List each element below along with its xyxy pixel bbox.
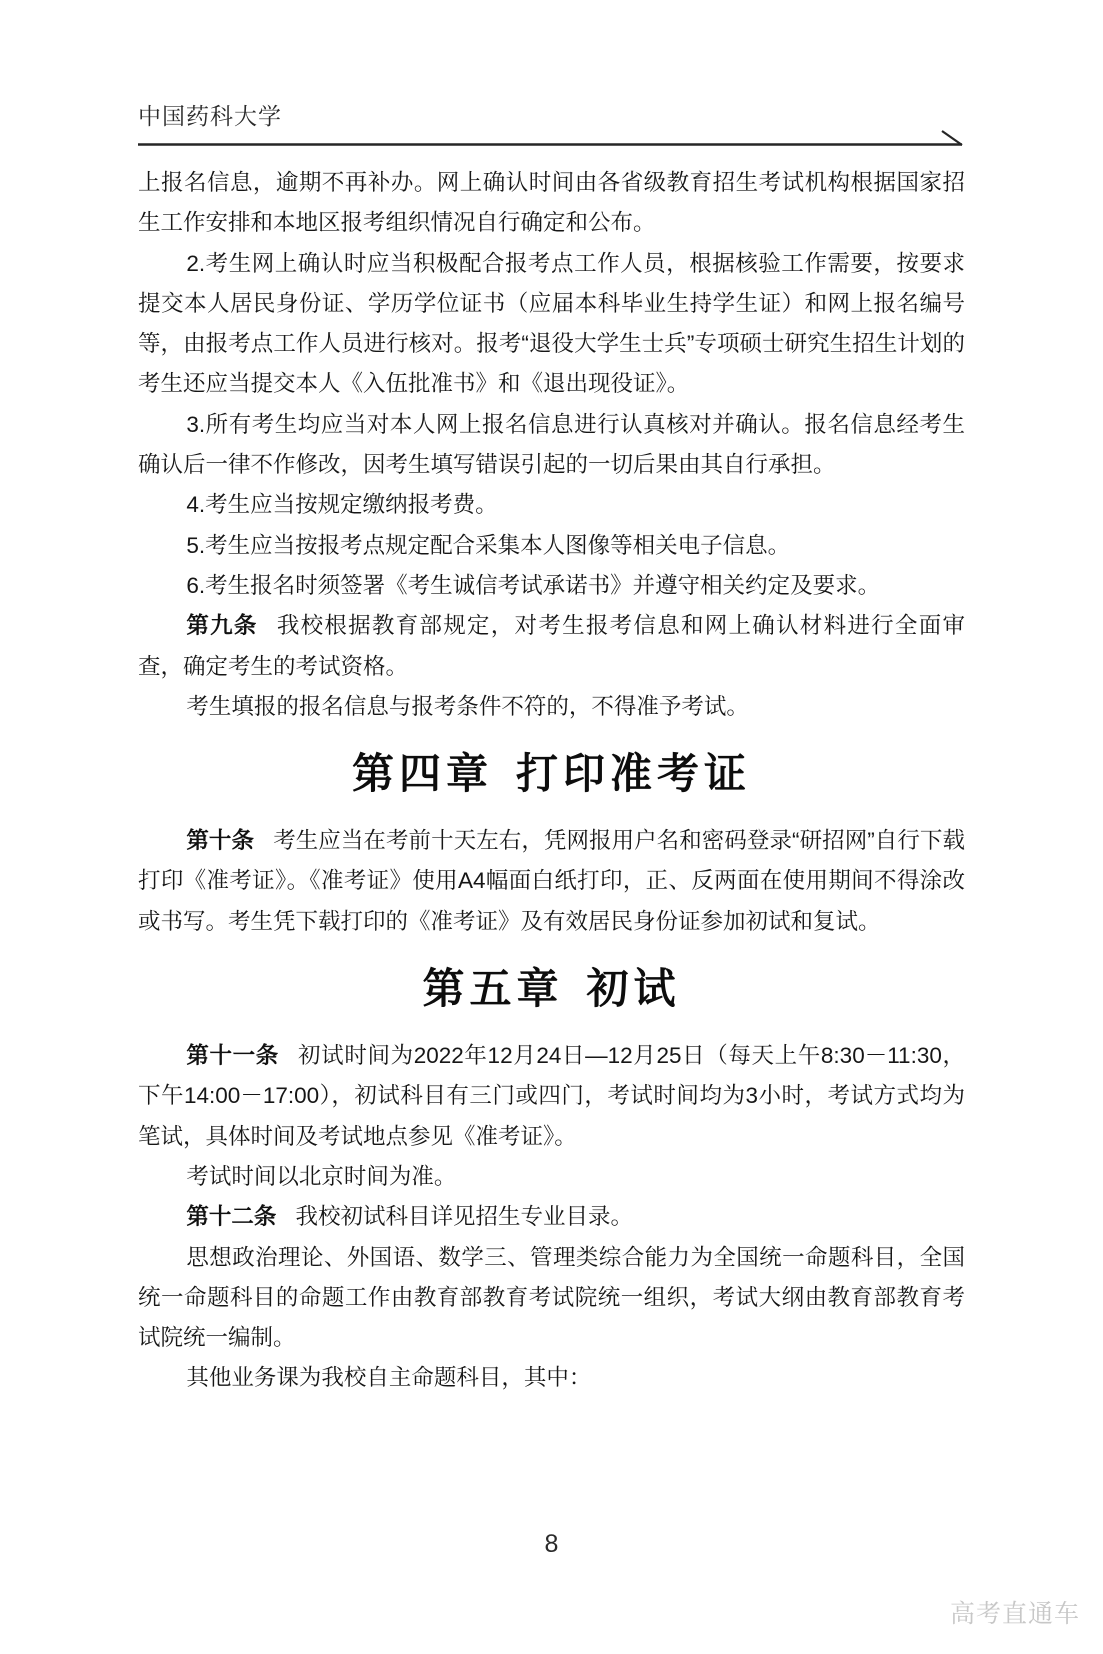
document-content: 上报名信息，逾期不再补办。网上确认时间由各省级教育招生考试机构根据国家招生工作安…: [138, 163, 965, 1399]
chapter-title: 打印准考证: [516, 752, 751, 798]
document-page: { "page": { "header": { "school_name": "…: [0, 0, 1103, 1654]
paragraph: 第九条我校根据教育部规定，对考生报考信息和网上确认材料进行全面审查，确定考生的考…: [138, 606, 965, 687]
paragraph: 6.考生报名时须签署《考生诚信考试承诺书》并遵守相关约定及要求。: [138, 566, 965, 606]
paragraph: 第十条考生应当在考前十天左右，凭网报用户名和密码登录“研招网”自行下载打印《准考…: [138, 821, 965, 942]
page-number: 8: [0, 1530, 1103, 1559]
header-rule-tick-icon: [942, 131, 962, 145]
chapter-label: 第四章: [352, 752, 493, 798]
paragraph: 第十一条初试时间为2022年12月24日—12月25日（每天上午8:30－11:…: [138, 1036, 965, 1157]
paragraph: 5.考生应当按报考点规定配合采集本人图像等相关电子信息。: [138, 526, 965, 566]
paragraph: 其他业务课为我校自主命题科目，其中：: [138, 1358, 965, 1398]
watermark: 高考直通车: [950, 1594, 1080, 1630]
article-number: 第十一条: [186, 1043, 279, 1068]
paragraph: 上报名信息，逾期不再补办。网上确认时间由各省级教育招生考试机构根据国家招生工作安…: [138, 163, 965, 244]
article-number: 第九条: [186, 613, 257, 638]
paragraph: 考试时间以北京时间为准。: [138, 1157, 965, 1197]
article-number: 第十二条: [186, 1204, 276, 1229]
paragraph: 3.所有考生均应当对本人网上报名信息进行认真核对并确认。报名信息经考生确认后一律…: [138, 405, 965, 486]
paragraph: 考生填报的报名信息与报考条件不符的，不得准予考试。: [138, 687, 965, 727]
chapter-title: 初试: [587, 967, 681, 1013]
chapter-heading: 第四章打印准考证: [138, 749, 965, 801]
paragraph: 4.考生应当按规定缴纳报考费。: [138, 485, 965, 525]
article-number: 第十条: [186, 828, 254, 853]
chapter-label: 第五章: [422, 967, 563, 1013]
chapter-heading: 第五章初试: [138, 964, 965, 1016]
header-rule: [136, 128, 966, 152]
paragraph: 2.考生网上确认时应当积极配合报考点工作人员，根据核验工作需要，按要求提交本人居…: [138, 244, 965, 405]
school-name: 中国药科大学: [138, 98, 282, 131]
paragraph: 第十二条我校初试科目详见招生专业目录。: [138, 1197, 965, 1237]
paragraph: 思想政治理论、外国语、数学三、管理类综合能力为全国统一命题科目，全国统一命题科目…: [138, 1238, 965, 1359]
